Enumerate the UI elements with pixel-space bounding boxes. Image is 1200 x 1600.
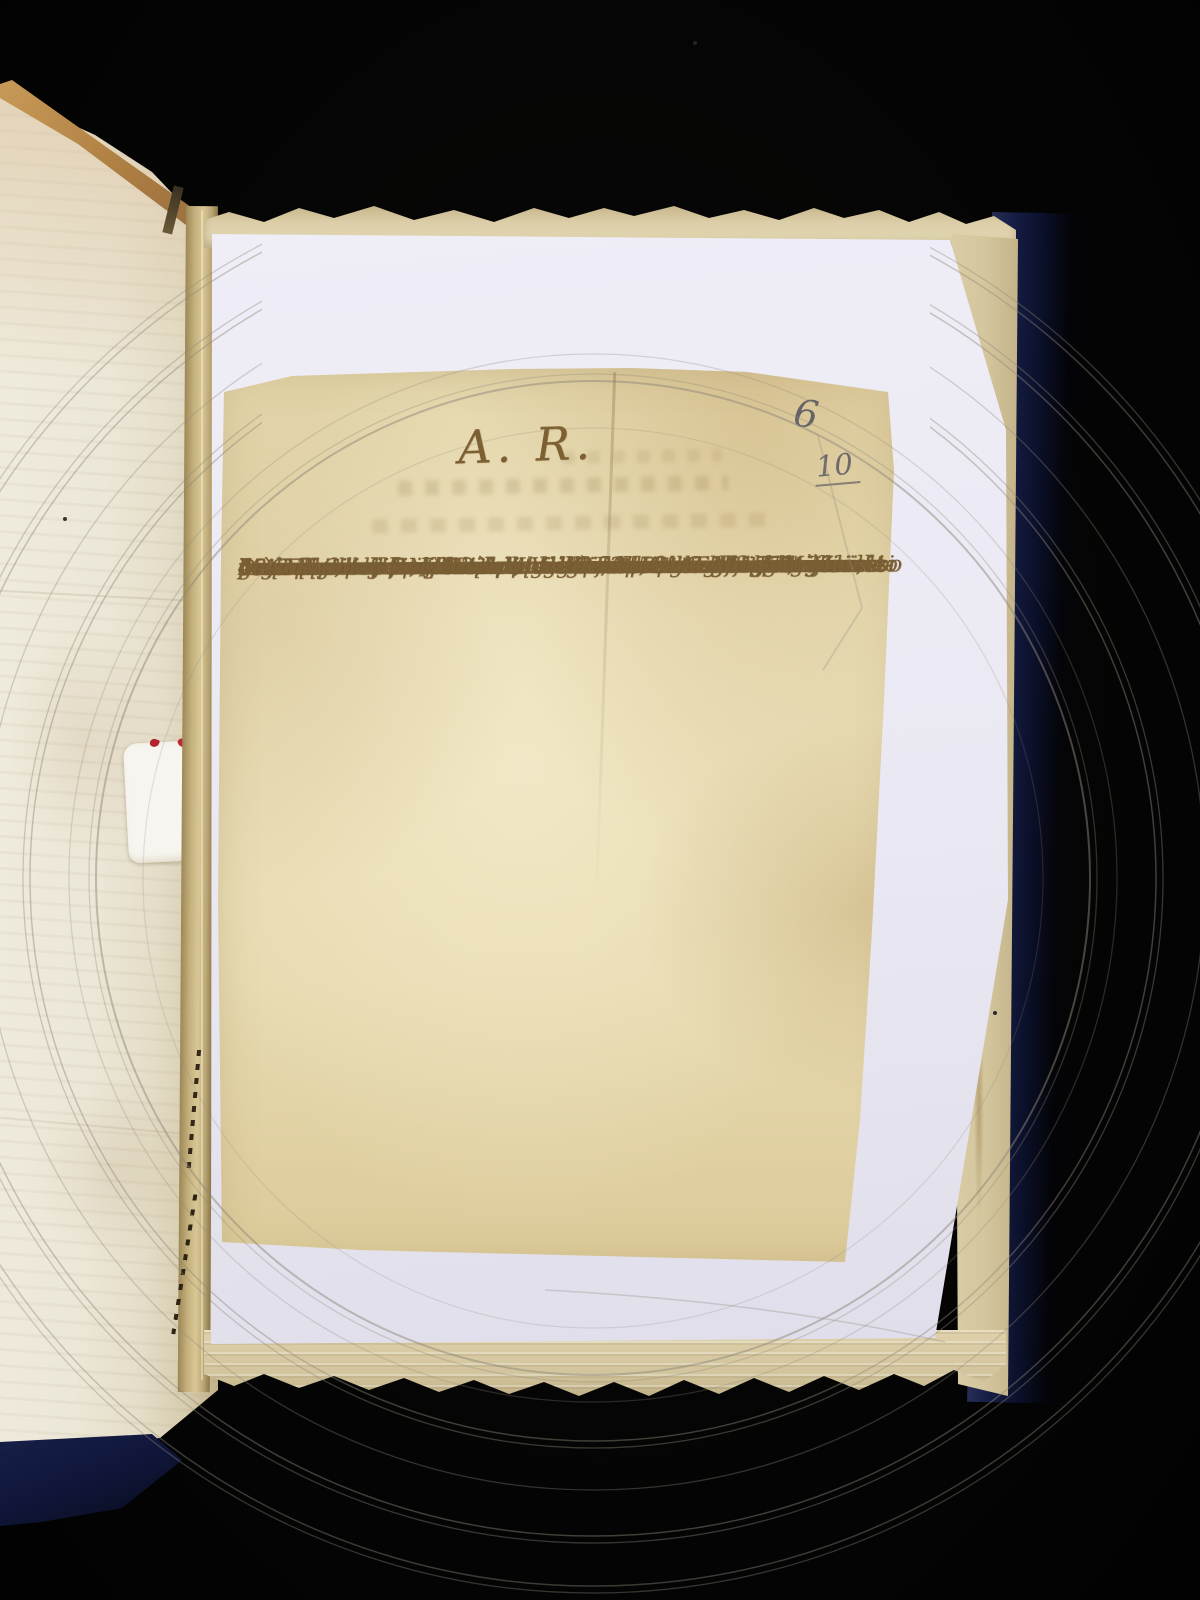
manuscript-page [212,364,904,1272]
manuscript-line: più abbondante, così parrebbe, che gli A… [238,546,893,588]
dust-specks [0,0,2,2]
pencil-archive-number: 10 [812,446,860,487]
spine-highlight [201,210,203,1380]
paper-stain [30,1080,200,1260]
manuscript-photo: A. R. 6 10 Per verificare quanto espone … [0,0,1200,1600]
manuscript-heading: A. R. [457,416,596,475]
book-cover-bottom-left [0,1428,235,1550]
